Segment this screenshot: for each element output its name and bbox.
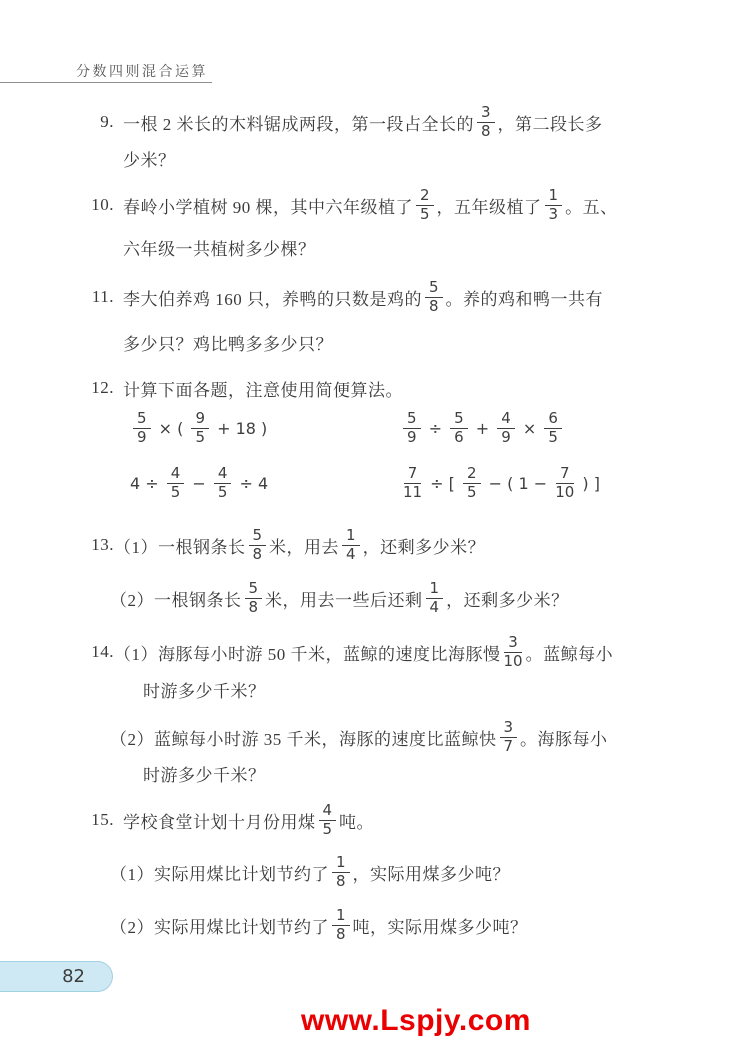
expression-2: 59 ÷ 56 + 49 × 65 — [400, 406, 565, 450]
fraction-denominator: 5 — [467, 484, 477, 501]
fraction-denominator: 3 — [549, 206, 559, 223]
problem-14-item-1-line-2: 时游多少千米？ — [143, 667, 266, 711]
text-segment: 六年级一共植树多少棵？ — [123, 235, 316, 260]
operator-segment: ) ] — [577, 474, 600, 493]
problem-number: 15. — [80, 810, 114, 830]
fraction-numerator: 7 — [556, 466, 574, 484]
problem-9-line-2: 少米？ — [123, 136, 176, 180]
fraction: 711 — [403, 466, 422, 501]
fraction-numerator: 4 — [167, 466, 185, 484]
problem-15-item-2: （2）实际用煤比计划节约了 18 吨，实际用煤多少吨？ — [110, 903, 528, 947]
expression-3: 4 ÷ 45 − 45 ÷ 4 — [130, 461, 268, 505]
text-segment: 计算下面各题，注意使用简便算法。 — [123, 376, 403, 401]
fraction-denominator: 8 — [249, 599, 259, 616]
text-segment: 少米？ — [123, 146, 176, 171]
fraction-numerator: 2 — [463, 466, 481, 484]
problem-number: 13. — [80, 535, 114, 555]
operator-segment: + — [471, 419, 495, 438]
fraction: 58 — [249, 528, 267, 563]
text-segment: 吨，实际用煤多少吨？ — [353, 913, 528, 938]
operator-segment: ÷ [ — [425, 474, 460, 493]
problem-11-line-2: 多少只？鸡比鸭多多少只？ — [123, 320, 333, 364]
fraction: 59 — [133, 411, 151, 446]
operator-segment: ÷ 4 — [234, 474, 268, 493]
fraction-numerator: 5 — [403, 411, 421, 429]
problem-13-item-1: 13. （1）一根钢条长 58 米，用去 14 ，还剩多少米？ — [80, 523, 485, 567]
fraction-numerator: 1 — [332, 908, 350, 926]
text-segment: （1）实际用煤比计划节约了 — [110, 860, 329, 885]
text-segment: 时游多少千米？ — [143, 761, 266, 786]
fraction-numerator: 1 — [545, 188, 563, 206]
watermark-text: www.Lspjy.com — [301, 1004, 531, 1038]
text-segment: （1）一根钢条长 — [114, 533, 246, 558]
fraction: 710 — [555, 466, 574, 501]
text-segment: 。海豚每小 — [520, 725, 608, 750]
operator-segment: − — [187, 474, 211, 493]
problem-15-item-1: （1）实际用煤比计划节约了 18 ，实际用煤多少吨？ — [110, 850, 510, 894]
fraction: 14 — [342, 528, 360, 563]
fraction: 59 — [403, 411, 421, 446]
fraction-denominator: 8 — [481, 123, 491, 140]
fraction-numerator: 3 — [477, 105, 495, 123]
operator-segment: ÷ — [424, 419, 448, 438]
text-segment: 一根 2 米长的木料锯成两段，第一段占全长的 — [123, 110, 474, 135]
fraction-numerator: 7 — [404, 466, 422, 484]
fraction-denominator: 9 — [407, 429, 417, 446]
fraction-numerator: 5 — [450, 411, 468, 429]
text-segment: 。养的鸡和鸭一共有 — [446, 285, 604, 310]
fraction-denominator: 10 — [504, 653, 523, 670]
fraction-denominator: 7 — [504, 738, 514, 755]
textbook-page: 分数四则混合运算 9. 一根 2 米长的木料锯成两段，第一段占全长的 38 ，第… — [0, 0, 740, 1047]
fraction-denominator: 5 — [195, 429, 205, 446]
fraction: 14 — [426, 581, 444, 616]
fraction-numerator: 3 — [500, 720, 518, 738]
fraction-denominator: 5 — [171, 484, 181, 501]
fraction: 38 — [477, 105, 495, 140]
fraction: 18 — [332, 908, 350, 943]
fraction-numerator: 4 — [319, 803, 337, 821]
fraction-numerator: 5 — [245, 581, 263, 599]
text-segment: （1）海豚每小时游 50 千米，蓝鲸的速度比海豚慢 — [114, 640, 501, 665]
fraction-denominator: 11 — [403, 484, 422, 501]
fraction: 58 — [425, 280, 443, 315]
problem-15-line-1: 15. 学校食堂计划十月份用煤 45 吨。 — [80, 798, 374, 842]
fraction-numerator: 5 — [133, 411, 151, 429]
fraction-numerator: 4 — [214, 466, 232, 484]
fraction: 56 — [450, 411, 468, 446]
fraction-numerator: 1 — [426, 581, 444, 599]
problem-number: 11. — [80, 287, 114, 307]
problem-10-line-2: 六年级一共植树多少棵？ — [123, 225, 316, 269]
text-segment: 时游多少千米？ — [143, 677, 266, 702]
fraction-denominator: 6 — [454, 429, 464, 446]
text-segment: ，第二段长多 — [498, 110, 603, 135]
text-segment: ，实际用煤多少吨？ — [353, 860, 511, 885]
operator-segment: 4 ÷ — [130, 474, 164, 493]
fraction-denominator: 10 — [555, 484, 574, 501]
problem-11-line-1: 11. 李大伯养鸡 160 只，养鸭的只数是鸡的 58 。养的鸡和鸭一共有 — [80, 275, 603, 319]
problem-number: 12. — [80, 378, 114, 398]
text-segment: 多少只？鸡比鸭多多少只？ — [123, 330, 333, 355]
fraction-numerator: 3 — [504, 635, 522, 653]
fraction-numerator: 2 — [416, 188, 434, 206]
fraction: 18 — [332, 855, 350, 890]
fraction: 25 — [416, 188, 434, 223]
fraction: 49 — [497, 411, 515, 446]
fraction-denominator: 5 — [323, 821, 333, 838]
text-segment: 米，用去 — [269, 533, 339, 558]
fraction-numerator: 5 — [249, 528, 267, 546]
problem-10-line-1: 10. 春岭小学植树 90 棵，其中六年级植了 25 ，五年级植了 13 。五、 — [80, 183, 618, 227]
text-segment: （2）实际用煤比计划节约了 — [110, 913, 329, 938]
fraction-denominator: 9 — [137, 429, 147, 446]
fraction: 45 — [167, 466, 185, 501]
fraction: 25 — [463, 466, 481, 501]
fraction-denominator: 4 — [346, 546, 356, 563]
problem-number: 9. — [80, 112, 114, 132]
expression-1: 59 × ( 95 + 18 ) — [130, 406, 267, 450]
text-segment: 吨。 — [339, 808, 374, 833]
fraction-denominator: 8 — [336, 926, 346, 943]
fraction-numerator: 1 — [332, 855, 350, 873]
fraction: 45 — [214, 466, 232, 501]
fraction-denominator: 4 — [430, 599, 440, 616]
fraction-numerator: 6 — [544, 411, 562, 429]
fraction-numerator: 4 — [497, 411, 515, 429]
text-segment: 米，用去一些后还剩 — [265, 586, 423, 611]
text-segment: 李大伯养鸡 160 只，养鸭的只数是鸡的 — [123, 285, 422, 310]
fraction-denominator: 5 — [420, 206, 430, 223]
fraction-denominator: 8 — [336, 873, 346, 890]
fraction: 58 — [245, 581, 263, 616]
problem-14-item-2-line-2: 时游多少千米？ — [143, 751, 266, 795]
operator-segment: − ( 1 − — [484, 474, 553, 493]
fraction: 65 — [544, 411, 562, 446]
fraction-numerator: 9 — [191, 411, 209, 429]
operator-segment: + 18 ) — [212, 419, 267, 438]
fraction-denominator: 5 — [218, 484, 228, 501]
fraction-numerator: 5 — [425, 280, 443, 298]
text-segment: ，还剩多少米？ — [363, 533, 486, 558]
text-segment: （2）蓝鲸每小时游 35 千米，海豚的速度比蓝鲸快 — [110, 725, 497, 750]
fraction-numerator: 1 — [342, 528, 360, 546]
text-segment: ，还剩多少米？ — [446, 586, 569, 611]
problem-13-item-2: （2）一根钢条长 58 米，用去一些后还剩 14 ，还剩多少米？ — [110, 576, 569, 620]
expression-4: 711 ÷ [ 25 − ( 1 − 710 ) ] — [400, 461, 600, 505]
fraction: 45 — [319, 803, 337, 838]
operator-segment: × — [518, 419, 542, 438]
text-segment: ，五年级植了 — [437, 193, 542, 218]
text-segment: 春岭小学植树 90 棵，其中六年级植了 — [123, 193, 413, 218]
page-number: 82 — [62, 966, 85, 987]
text-segment: 学校食堂计划十月份用煤 — [123, 808, 316, 833]
page-number-badge: 82 — [0, 961, 113, 992]
fraction: 13 — [545, 188, 563, 223]
fraction-denominator: 9 — [501, 429, 511, 446]
header-rule — [0, 82, 212, 83]
fraction-denominator: 8 — [253, 546, 263, 563]
problem-12-title: 12. 计算下面各题，注意使用简便算法。 — [80, 366, 403, 410]
text-segment: 。五、 — [565, 193, 618, 218]
operator-segment: × ( — [154, 419, 189, 438]
fraction-denominator: 5 — [548, 429, 558, 446]
text-segment: 。蓝鲸每小 — [526, 640, 614, 665]
fraction: 95 — [191, 411, 209, 446]
fraction: 310 — [504, 635, 523, 670]
fraction-denominator: 8 — [429, 298, 439, 315]
problem-number: 10. — [80, 195, 114, 215]
text-segment: （2）一根钢条长 — [110, 586, 242, 611]
chapter-title: 分数四则混合运算 — [76, 61, 208, 81]
fraction: 37 — [500, 720, 518, 755]
problem-number: 14. — [80, 642, 114, 662]
